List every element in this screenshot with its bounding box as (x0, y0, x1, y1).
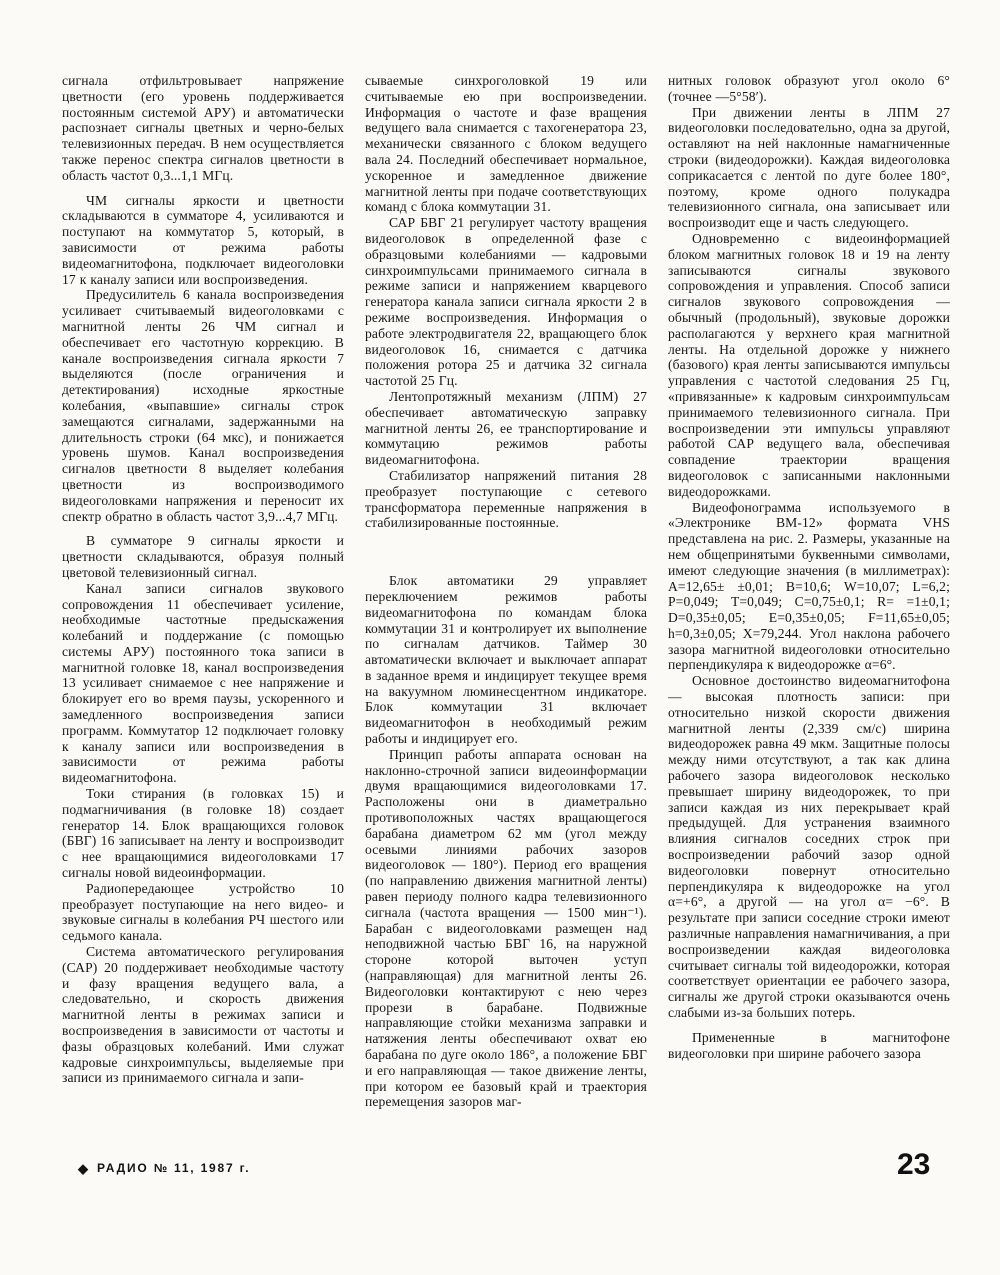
paragraph: Радиопередающее устройство 10 преобразуе… (62, 881, 344, 944)
paragraph: ЧМ сигналы яркости и цветности складываю… (62, 193, 344, 288)
paragraph: Токи стирания (в головках 15) и подмагни… (62, 786, 344, 881)
diamond-icon: ◆ (78, 1162, 88, 1175)
paragraph: Система автоматического регулирования (С… (62, 944, 344, 1086)
paragraph: Канал записи сигналов звукового сопровож… (62, 581, 344, 786)
paragraph: Видеофонограмма используемого в «Электро… (668, 500, 950, 674)
paragraph: нитных головок образуют угол около 6° (т… (668, 73, 950, 105)
paragraph: сигнала отфильтровывает напряжение цветн… (62, 73, 344, 184)
paragraph: Одновременно с видеоинформацией блоком м… (668, 231, 950, 500)
paragraph: Примененные в магнитофоне видеоголовки п… (668, 1030, 950, 1062)
paragraph: сываемые синхроголовкой 19 или считываем… (365, 73, 647, 215)
paragraph: При движении ленты в ЛПМ 27 видеоголовки… (668, 105, 950, 231)
paragraph: Блок автоматики 29 управляет переключени… (365, 573, 647, 747)
text-column-3: нитных головок образуют угол около 6° (т… (668, 73, 950, 1145)
paragraph: Лентопротяжный механизм (ЛПМ) 27 обеспеч… (365, 389, 647, 468)
journal-footer: ◆ РАДИО № 11, 1987 г. (78, 1161, 250, 1175)
paragraph: САР БВГ 21 регулирует частоту вращения в… (365, 215, 647, 389)
paragraph: Принцип работы аппарата основан на накло… (365, 747, 647, 1110)
text-column-2: сываемые синхроголовкой 19 или считываем… (365, 73, 647, 1145)
paragraph: Предусилитель 6 канала воспроизведения у… (62, 287, 344, 524)
magazine-page: сигнала отфильтровывает напряжение цветн… (0, 0, 1000, 1275)
article-text-columns: сигнала отфильтровывает напряжение цветн… (62, 73, 950, 1145)
paragraph: Основное достоинство видеомагнитофона — … (668, 673, 950, 1021)
paragraph: В сумматоре 9 сигналы яркости и цветност… (62, 533, 344, 580)
journal-title: РАДИО № 11, 1987 г. (97, 1161, 250, 1175)
page-number: 23 (897, 1150, 930, 1180)
paragraph: Стабилизатор напряжений питания 28 преоб… (365, 468, 647, 531)
text-column-1: сигнала отфильтровывает напряжение цветн… (62, 73, 344, 1145)
